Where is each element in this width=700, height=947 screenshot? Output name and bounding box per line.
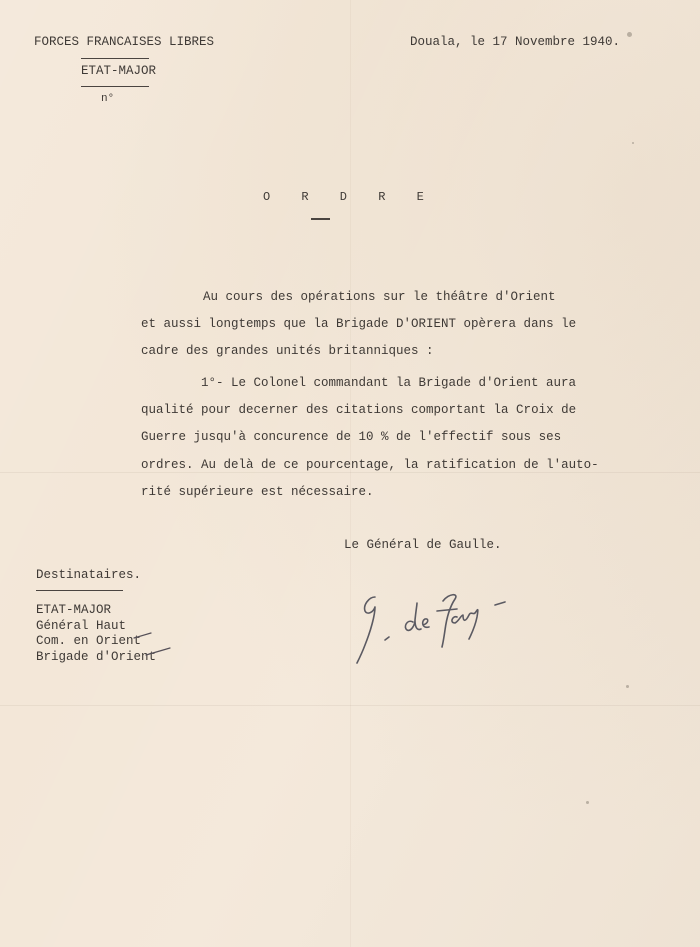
reference-number-label: n° [101, 93, 114, 105]
recipients-heading: Destinataires. [36, 568, 141, 582]
signatory-name: Le Général de Gaulle. [344, 538, 502, 552]
ink-spot [627, 32, 632, 37]
paper-spot [586, 801, 589, 804]
document-title: O R D R E [263, 190, 436, 204]
header-rule-bottom [81, 86, 149, 87]
body-point-line: 1°- Le Colonel commandant la Brigade d'O… [201, 376, 576, 390]
body-intro-line: Au cours des opérations sur le théâtre d… [203, 290, 556, 304]
body-intro-line: et aussi longtemps que la Brigade D'ORIE… [141, 317, 576, 331]
title-underline [311, 218, 330, 220]
document-page: FORCES FRANCAISES LIBRES ETAT-MAJOR n° D… [0, 0, 700, 947]
body-intro-line: cadre des grandes unités britanniques : [141, 344, 434, 358]
paper-fold-line [350, 0, 351, 947]
place-date: Douala, le 17 Novembre 1940. [410, 35, 620, 49]
header-rule-top [81, 58, 149, 59]
body-point-line: rité supérieure est nécessaire. [141, 485, 374, 499]
body-point-line: Guerre jusqu'à concurence de 10 % de l'e… [141, 430, 561, 444]
recipient-item: ETAT-MAJOR [36, 603, 156, 619]
department-name: ETAT-MAJOR [81, 64, 156, 78]
body-point-line: ordres. Au delà de ce pourcentage, la ra… [141, 458, 599, 472]
handwritten-signature-icon: C. de Gaulle [345, 575, 535, 675]
organization-name: FORCES FRANCAISES LIBRES [34, 35, 214, 49]
paper-spot [626, 685, 629, 688]
paper-spot [632, 142, 634, 144]
recipients-heading-rule [36, 590, 123, 591]
body-point-line: qualité pour decerner des citations comp… [141, 403, 576, 417]
check-mark-icon [130, 630, 180, 660]
